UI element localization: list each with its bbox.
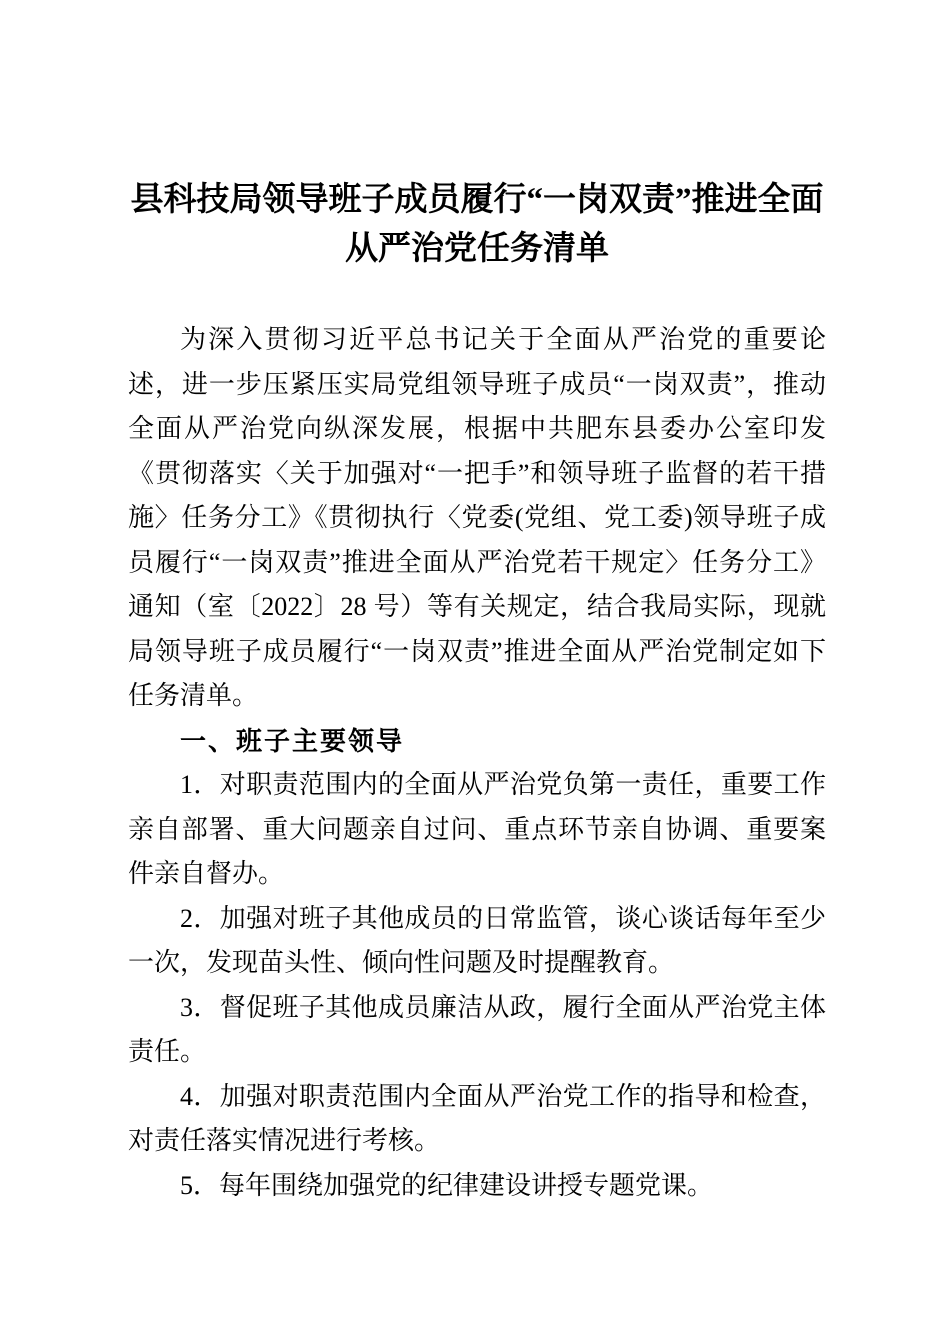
task-item-5: 5．每年围绕加强党的纪律建设讲授专题党课。 [128, 1164, 826, 1209]
section-heading-1: 一、班子主要领导 [128, 719, 826, 764]
task-item-3: 3．督促班子其他成员廉洁从政，履行全面从严治党主体责任。 [128, 986, 826, 1075]
task-item-1: 1．对职责范围内的全面从严治党负第一责任，重要工作亲自部署、重大问题亲自过问、重… [128, 763, 826, 897]
document-title: 县科技局领导班子成员履行“一岗双责”推进全面从严治党任务清单 [128, 176, 826, 274]
document-page: 县科技局领导班子成员履行“一岗双责”推进全面从严治党任务清单 为深入贯彻习近平总… [0, 0, 950, 1344]
task-item-4: 4．加强对职责范围内全面从严治党工作的指导和检查，对责任落实情况进行考核。 [128, 1075, 826, 1164]
document-content: 县科技局领导班子成员履行“一岗双责”推进全面从严治党任务清单 为深入贯彻习近平总… [128, 0, 826, 1208]
intro-paragraph: 为深入贯彻习近平总书记关于全面从严治党的重要论述，进一步压紧压实局党组领导班子成… [128, 318, 826, 719]
task-item-2: 2．加强对班子其他成员的日常监管，谈心谈话每年至少一次，发现苗头性、倾向性问题及… [128, 897, 826, 986]
